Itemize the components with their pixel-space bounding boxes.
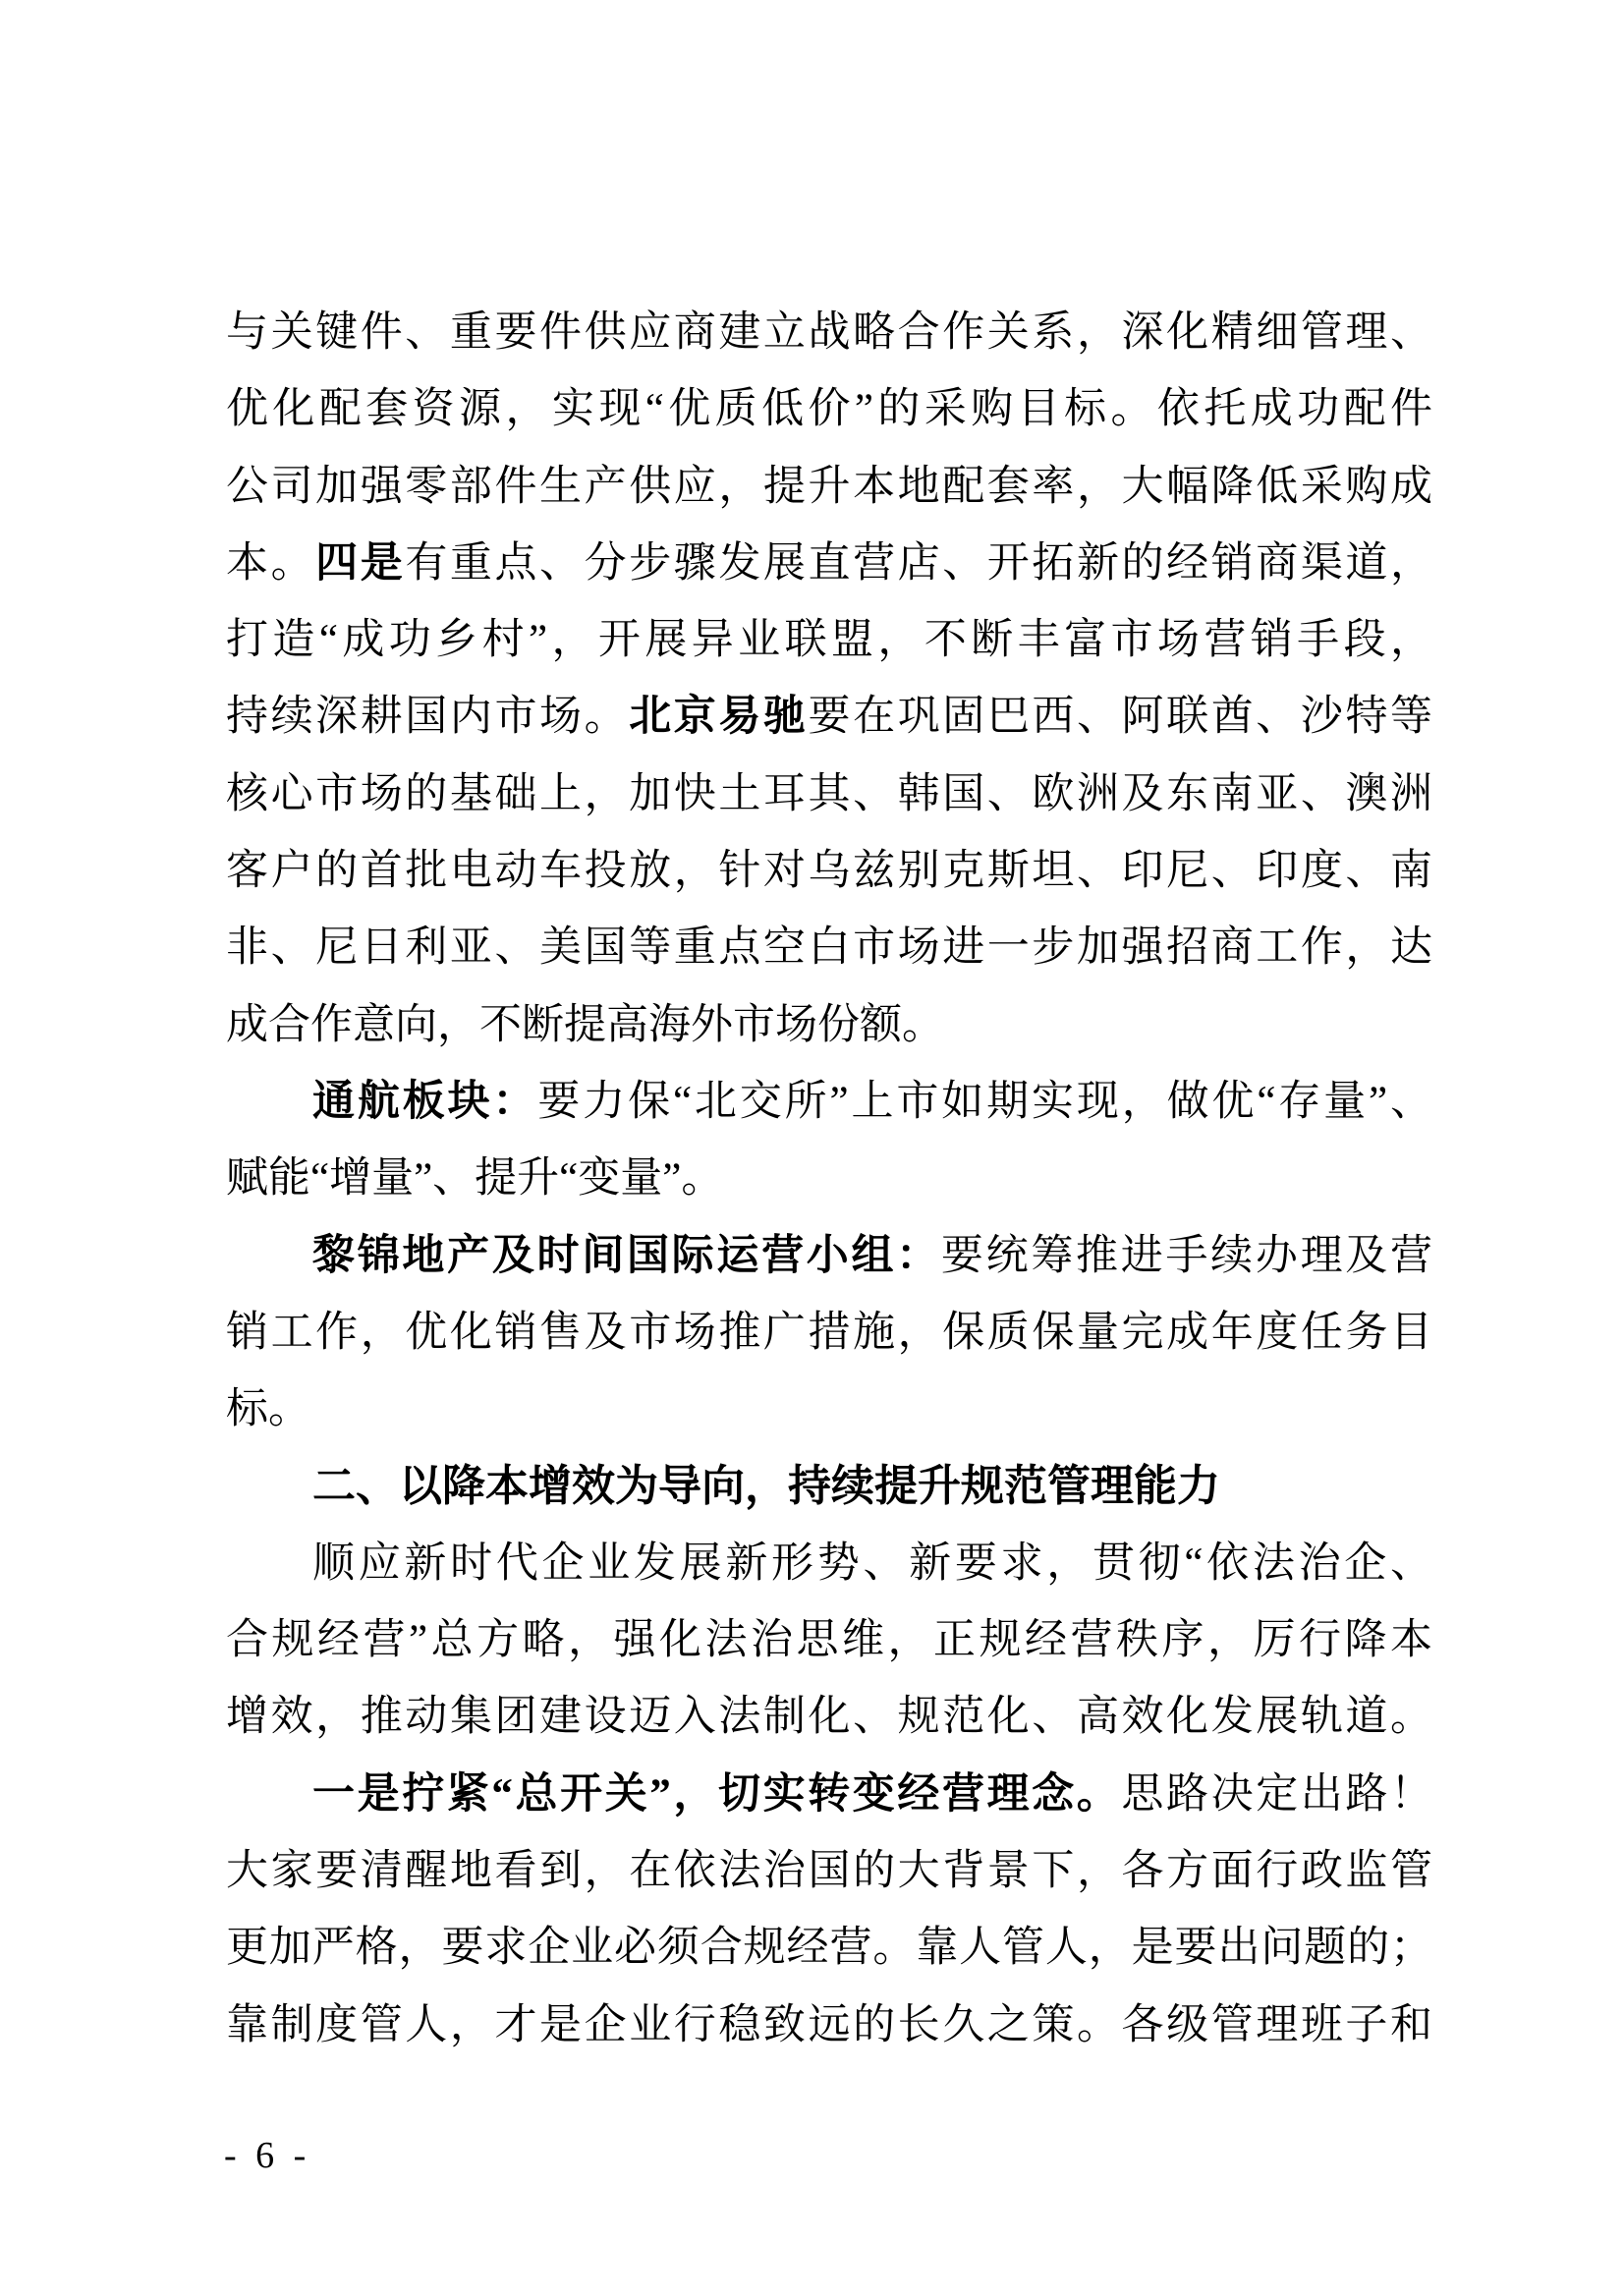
body-line-13: 黎锦地产及时间国际运营小组：要统筹推进手续办理及营 <box>226 1218 1432 1295</box>
text-segment: 有重点、分步骤发展直营店、开拓新的经销商渠道， <box>405 540 1432 587</box>
body-line-21: 大家要清醒地看到，在依法治国的大背景下，各方面行政监管 <box>226 1833 1432 1910</box>
emphasis-segment: 一是拧紧“总开关”，切实转变经营理念。 <box>312 1771 1121 1818</box>
body-line-20: 一是拧紧“总开关”，切实转变经营理念。思路决定出路！ <box>226 1757 1432 1833</box>
emphasis-segment: 四是 <box>315 540 405 587</box>
section-heading: 二、以降本增效为导向，持续提升规范管理能力 <box>226 1448 1432 1525</box>
body-line-4: 本。四是有重点、分步骤发展直营店、开拓新的经销商渠道， <box>226 526 1432 602</box>
emphasis-segment: 黎锦地产及时间国际运营小组： <box>312 1233 941 1279</box>
body-line-8: 客户的首批电动车投放，针对乌兹别克斯坦、印尼、印度、南 <box>226 833 1432 910</box>
body-line-22: 更加严格，要求企业必须合规经营。靠人管人，是要出问题的； <box>226 1910 1432 1987</box>
text-segment: 标。 <box>226 1386 310 1432</box>
body-line-1: 与关键件、重要件供应商建立战略合作关系，深化精细管理、 <box>226 295 1432 371</box>
body-line-7: 核心市场的基础上，加快土耳其、韩国、欧洲及东南亚、澳洲 <box>226 756 1432 833</box>
text-segment: 顺应新时代企业发展新形势、新要求，贯彻“依法治企、 <box>312 1540 1432 1587</box>
text-segment: 公司加强零部件生产供应，提升本地配套率，大幅降低采购成 <box>226 464 1432 510</box>
text-segment: 非、尼日利亚、美国等重点空白市场进一步加强招商工作，达 <box>226 924 1432 971</box>
text-segment: 靠制度管人，才是企业行稳致远的长久之策。各级管理班子和 <box>226 2002 1432 2048</box>
text-segment: 更加严格，要求企业必须合规经营。靠人管人，是要出问题的； <box>226 1925 1432 1971</box>
text-segment: 赋能“增量”、提升“变量”。 <box>226 1155 723 1202</box>
body-line-11: 通航板块：要力保“北交所”上市如期实现，做优“存量”、 <box>226 1064 1432 1141</box>
text-segment: 思路决定出路！ <box>1121 1771 1432 1818</box>
body-line-23: 靠制度管人，才是企业行稳致远的长久之策。各级管理班子和 <box>226 1988 1432 2064</box>
page-number: - 6 - <box>224 2134 310 2177</box>
text-segment: 要统筹推进手续办理及营 <box>941 1233 1432 1279</box>
text-segment: 大家要清醒地看到，在依法治国的大背景下，各方面行政监管 <box>226 1848 1432 1894</box>
text-segment: 核心市场的基础上，加快土耳其、韩国、欧洲及东南亚、澳洲 <box>226 771 1432 817</box>
text-segment: 打造“成功乡村”，开展异业联盟，不断丰富市场营销手段， <box>226 617 1432 663</box>
body-line-2: 优化配套资源，实现“优质低价”的采购目标。依托成功配件 <box>226 371 1432 448</box>
body-line-3: 公司加强零部件生产供应，提升本地配套率，大幅降低采购成 <box>226 449 1432 526</box>
section-heading-text: 二、以降本增效为导向，持续提升规范管理能力 <box>312 1462 1220 1510</box>
body-line-5: 打造“成功乡村”，开展异业联盟，不断丰富市场营销手段， <box>226 602 1432 679</box>
body-line-14: 销工作，优化销售及市场推广措施，保质保量完成年度任务目 <box>226 1295 1432 1372</box>
text-segment: 要在巩固巴西、阿联酋、沙特等 <box>809 694 1432 740</box>
body-line-9: 非、尼日利亚、美国等重点空白市场进一步加强招商工作，达 <box>226 910 1432 986</box>
body-line-6: 持续深耕国内市场。北京易驰要在巩固巴西、阿联酋、沙特等 <box>226 679 1432 756</box>
emphasis-segment: 北京易驰 <box>629 694 808 740</box>
text-segment: 与关键件、重要件供应商建立战略合作关系，深化精细管理、 <box>226 309 1432 356</box>
text-segment: 增效，推动集团建设迈入法制化、规范化、高效化发展轨道。 <box>226 1694 1432 1740</box>
body-line-12: 赋能“增量”、提升“变量”。 <box>226 1141 1432 1217</box>
body-line-17: 顺应新时代企业发展新形势、新要求，贯彻“依法治企、 <box>226 1526 1432 1602</box>
body-line-19: 增效，推动集团建设迈入法制化、规范化、高效化发展轨道。 <box>226 1679 1432 1756</box>
text-segment: 持续深耕国内市场。 <box>226 694 629 740</box>
text-segment: 合规经营”总方略，强化法治思维，正规经营秩序，厉行降本 <box>226 1617 1432 1663</box>
body-line-18: 合规经营”总方略，强化法治思维，正规经营秩序，厉行降本 <box>226 1602 1432 1679</box>
body-line-10: 成合作意向，不断提高海外市场份额。 <box>226 987 1432 1064</box>
text-segment: 客户的首批电动车投放，针对乌兹别克斯坦、印尼、印度、南 <box>226 848 1432 894</box>
text-segment: 本。 <box>226 540 315 587</box>
body-line-15: 标。 <box>226 1372 1432 1448</box>
text-segment: 要力保“北交所”上市如期实现，做优“存量”、 <box>537 1079 1432 1125</box>
text-segment: 成合作意向，不断提高海外市场份额。 <box>226 1002 944 1048</box>
text-segment: 优化配套资源，实现“优质低价”的采购目标。依托成功配件 <box>226 386 1432 432</box>
document-body: 与关键件、重要件供应商建立战略合作关系，深化精细管理、 优化配套资源，实现“优质… <box>226 295 1432 2064</box>
text-segment: 销工作，优化销售及市场推广措施，保质保量完成年度任务目 <box>226 1310 1432 1356</box>
document-page: 与关键件、重要件供应商建立战略合作关系，深化精细管理、 优化配套资源，实现“优质… <box>0 0 1624 2296</box>
emphasis-segment: 通航板块： <box>312 1079 537 1125</box>
